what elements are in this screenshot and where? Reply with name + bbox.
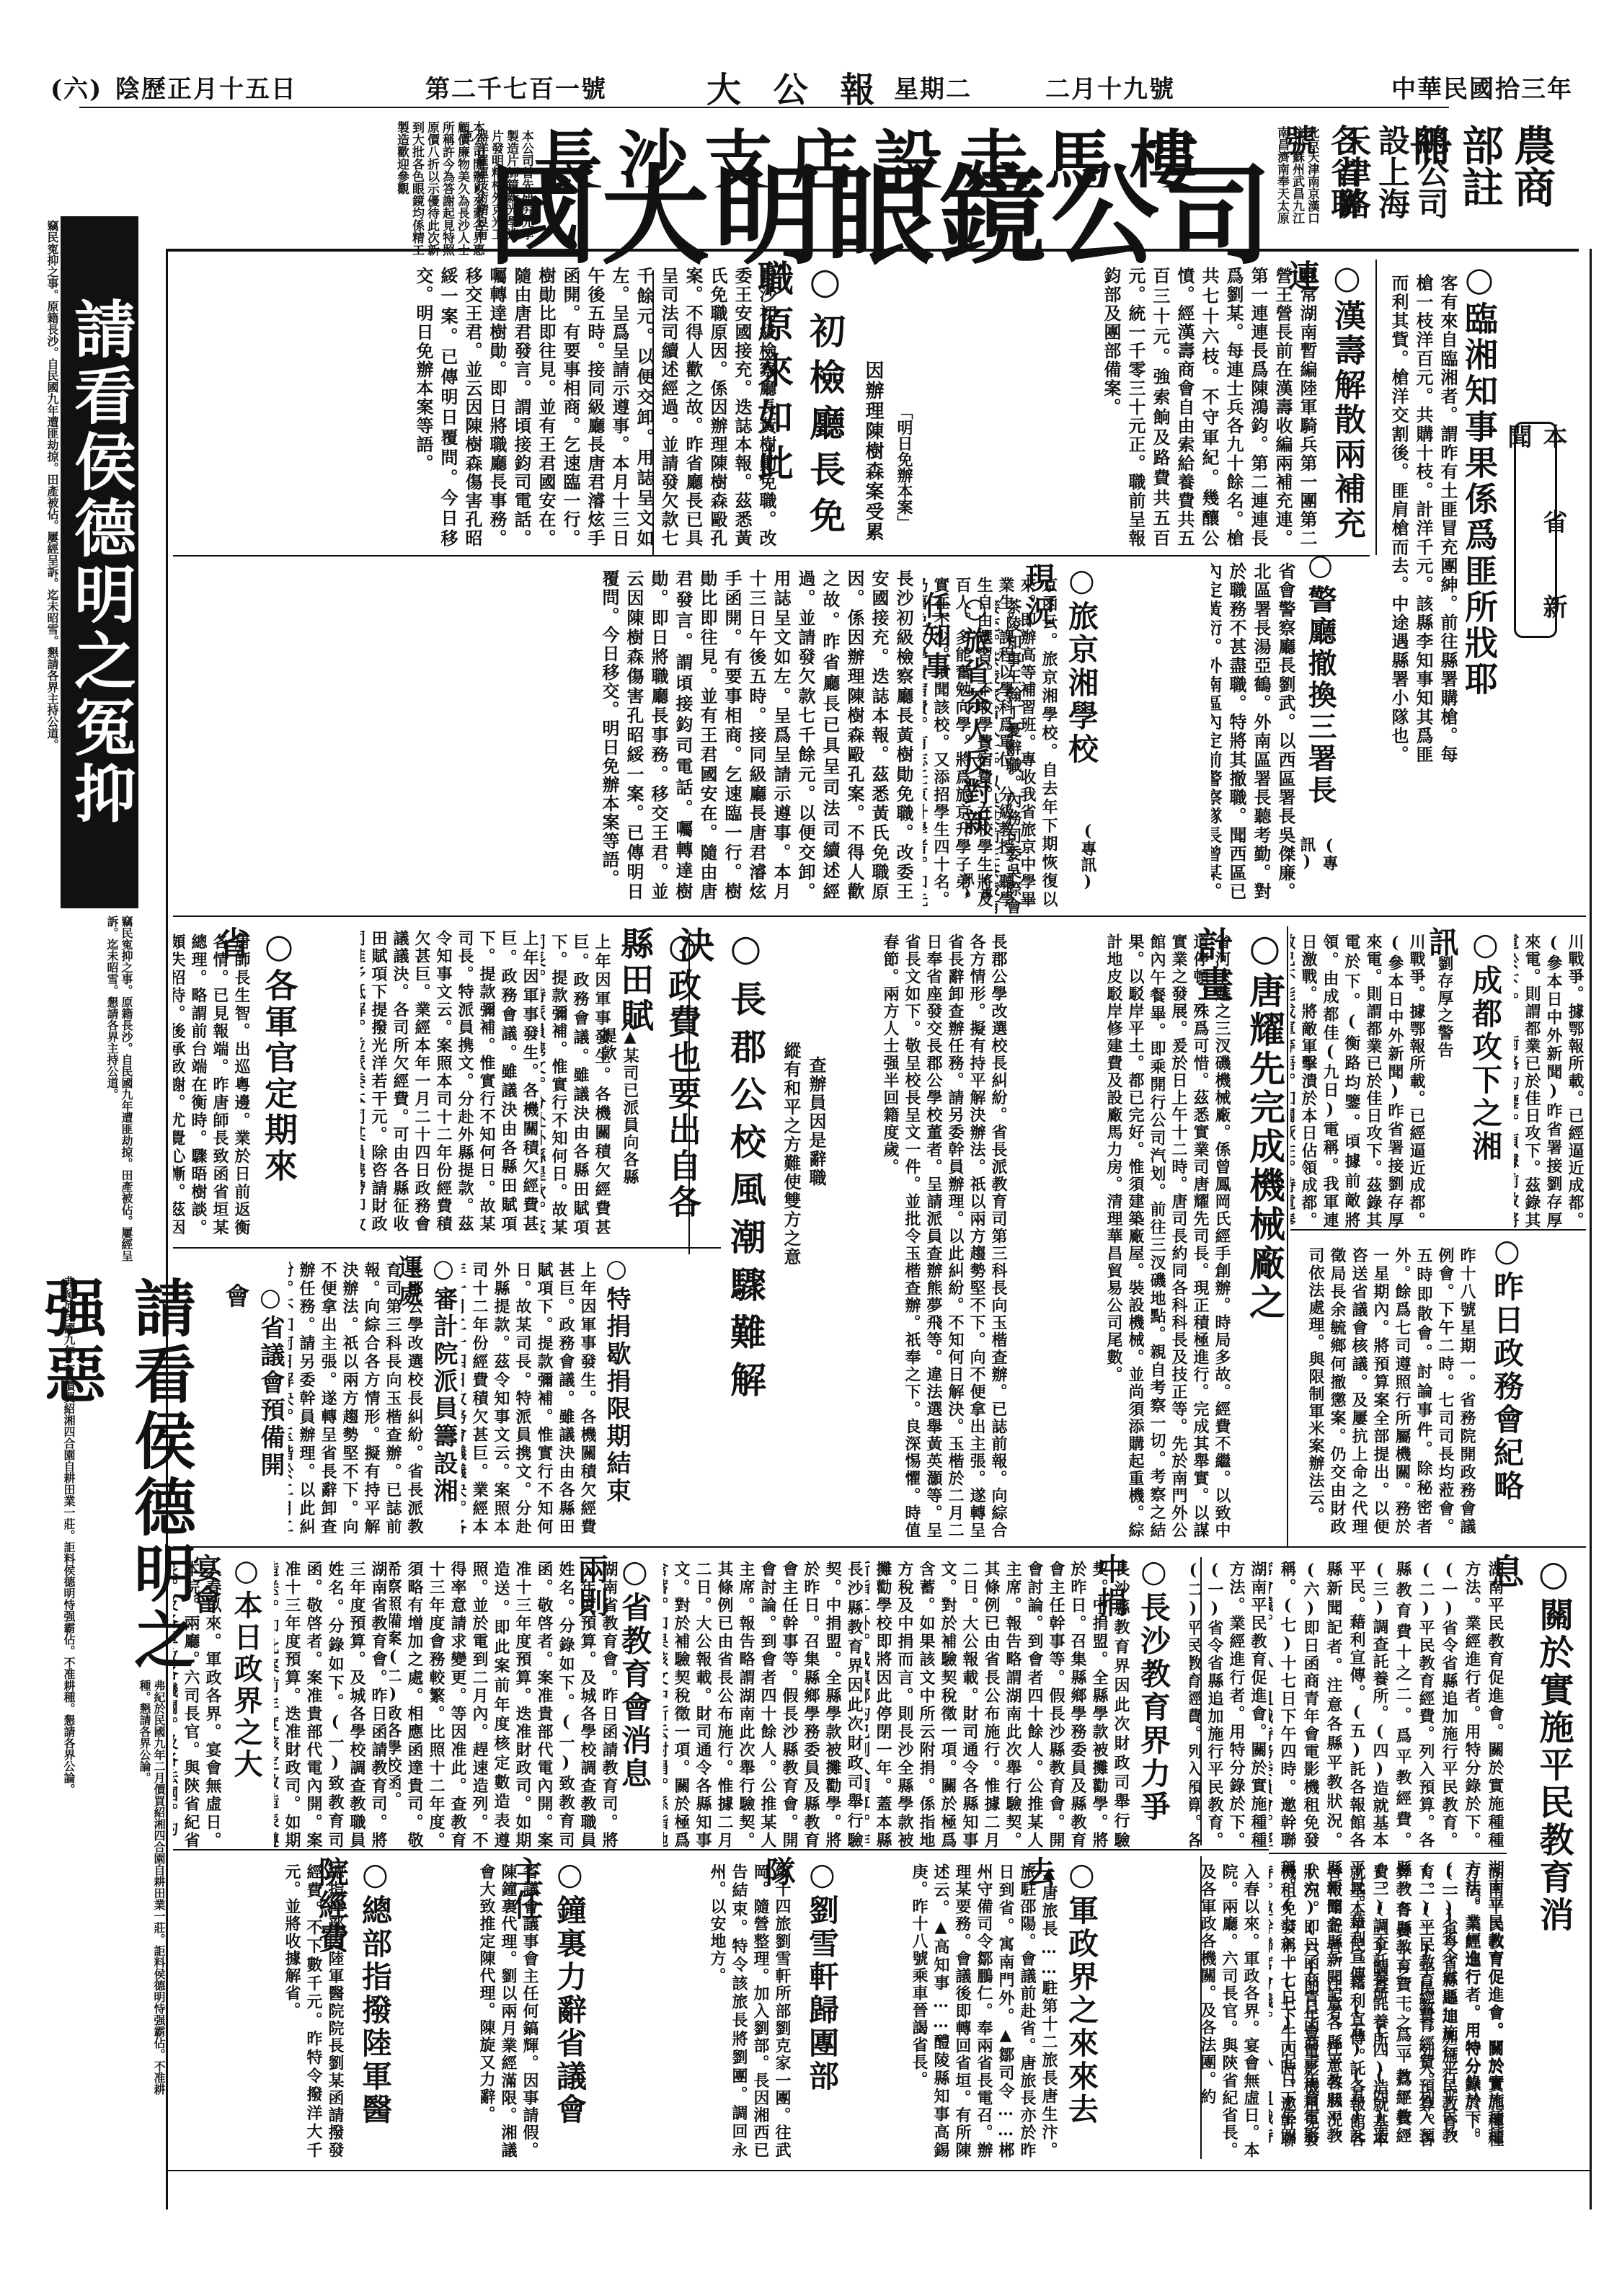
body-pingmin-tail: 湖南平民教育促進會。關於實施種種方法。業經進行者。用特分錄於下。(一)省令省縣追… — [1276, 1860, 1507, 2148]
divider-jianting — [652, 270, 654, 555]
row1-rule — [173, 555, 1370, 557]
article-police: ○警廳撤換三署長 (專訊) 省會警察廳長劉武。以西區署長吳傑廉。北區署長湯亞鶴。… — [1211, 519, 1370, 908]
side-ad-2-banner: 請看侯德明之强惡 — [75, 1276, 154, 1680]
article-zhengfei: ○政費也要出自各縣田賦 ▲某司已派員向各縣提款 上年因軍事發生。各機關積欠經費甚… — [541, 926, 721, 1244]
headline-chengdu: ○成都攻下之湘訊 — [1420, 926, 1507, 1186]
article-jiaoyuhui: ○省教育會消息兩則 湖南省教育會。昨日函請教育司。將三年度預算。及城各學校調查教… — [389, 1553, 865, 1849]
divider-col-1 — [1375, 260, 1377, 555]
issue-number: 第二千七百一號 — [425, 69, 607, 105]
side-ad-2-body-lower: 弗紀於民國九年二月價買紹湘四合園自耕田業一莊。詎料侯德明恃强霸佔。不准耕種。懇請… — [79, 1680, 166, 2098]
subhead-changjun: 縱有和平之方難使雙方之意 — [779, 1042, 804, 1308]
body-zhengwu: 昨十八號星期一。省務院開政務會議例會。下午二時。七司司長均蒞會。五時即散會。討論… — [1298, 1247, 1478, 1535]
article-yihuizhu: ○鐘裏力辭省議會主任 省議會議事會主任何鎬輝。因事請假。陳鐘裏代理。劉以兩月業經… — [396, 1856, 591, 2166]
body-zhengjie: 入春以來。軍政各界。宴會無虛日。本院。兩廳。六司長官。與陝省紀省長。及各軍政各機… — [173, 1561, 223, 1849]
body-jianting: 長沙初級檢察廳長黃樹勛免職。改委王安國接充。迭誌本報。茲悉黃氏免職原因。係因辦理… — [180, 267, 779, 548]
body-yihuizhu: 省議會議事會主任何鎬輝。因事請假。陳鐘裏代理。劉以兩月業經滿限。湘議會大致推定陳… — [396, 1863, 541, 2159]
tag-xiangxue: (專訊) — [1077, 822, 1099, 894]
article-jiaoyujie: ○長沙教育界力爭中捐 長沙縣教育界因此次財政司舉行驗契。中捐盟。全縣學款被攤勸學… — [865, 1553, 1269, 1849]
article-junzheng: ○軍政界之來來去去 ▲唐旅長……駐第十二旅長唐生汴。旅駐邵陽。會議前赴省。唐旅長… — [865, 1856, 1269, 2166]
chengdu-rule — [1290, 1229, 1586, 1231]
note-changjun: 查辦員因是辭職 — [804, 1056, 829, 1222]
divider-jiaoyujie — [1200, 1557, 1202, 1845]
body-chengdu: 川戰爭。據鄂報所載。已經逼近成都。(參本日中外新聞)昨省署接劉存厚來電。則謂都業… — [1290, 934, 1427, 1229]
body-linxiang: 客有來自臨湘者。謂昨有土匪冒充團紳。前往縣署購槍。每槍一枝洋百元。共購十枝。計洋… — [1388, 274, 1460, 764]
frame-left — [166, 249, 168, 2209]
subhead-chengdu: 劉存厚之警告 — [1434, 955, 1456, 1071]
body-jianting-cont: 長沙初級檢察廳長黃樹勛免職。改委王安國接充。迭誌本報。茲悉黃氏免職原因。係因辦理… — [173, 569, 916, 901]
divider-zhengfei — [688, 937, 690, 1254]
body-shenji-cont: 上年因軍事發生。各機關積欠經費甚巨。政務會議。雖議決由各縣田賦項下。提款彌補。惟… — [461, 1262, 598, 1535]
article-zongbu: ○總部指撥陸軍醫院經費 總指揮部因陸軍醫院院長劉某函請撥發經費。不下數千元。昨特… — [173, 1856, 396, 2166]
note-jianting: 「明日免辦本案」 — [893, 404, 916, 548]
article-hanshou: ○漢壽解散兩補充連 駐常湖南暫編陸軍騎兵第一團第二營王營長前在漢壽收編兩補充連。… — [930, 260, 1370, 555]
row3-rule-left — [173, 1247, 721, 1249]
body-zhengfei: 上年因軍事發生。各機關積欠經費甚巨。政務會議。雖議決由各縣田賦項下。提款彌補。惟… — [541, 934, 613, 1236]
body-zongbu: 總指揮部因陸軍醫院院長劉某函請撥發經費。不下數千元。昨特令撥洋大千元。並將收據解… — [173, 1863, 346, 2159]
dateline: (六) 陰歷正月十五日 第二千七百一號 大 公 報 星期二 二月十九號 中華民國… — [43, 68, 1586, 105]
body-jiaoyujie: 長沙縣教育界因此次財政司舉行驗契。中捐盟。全縣學款被攤勸學。將於昨日。召集縣鄉學… — [865, 1561, 1132, 1849]
body-changjun: 長郡公學改選校長糾紛。省長派教育司第三科長向玉楷查辦。已誌前報。向綜合各方情形。… — [836, 934, 1009, 1539]
article-tangrui: ○唐耀先完成機械廠之計畫 省河下遊之三汊磯機械廠。係曾鳳岡氏經手創辦。時局多故。… — [1009, 926, 1290, 1546]
body-junguan: 唐師長生智。出巡粵邊。業於日前返衡各情。已見報端。昨唐師長致函省垣某總理。略謂前… — [173, 934, 252, 1236]
side-ad-2-body: 弗紀於民國九年二月價買紹湘四合園自耕田業一莊。詎料侯德明恃强霸佔。不准耕種。懇請… — [40, 1276, 76, 2098]
western-date: 二月十九號 — [1045, 69, 1175, 105]
republic-year: 中華民國拾三年 — [1391, 69, 1573, 105]
bottom-rule — [166, 2170, 1590, 2171]
body-chengdu-pre: 川戰爭。據鄂報所載。已經逼近成都。(參本日中外新聞)昨省署接劉存厚來電。則謂都業… — [1514, 934, 1586, 1229]
tag-tea: (專訊) — [957, 872, 995, 916]
section-label-box: 本 省 新 聞 — [1514, 422, 1557, 638]
body-pingmin: 湖南平民教育促進會。關於實施種種方法。業經進行者。用特分錄於下。(一)省令省縣追… — [1269, 1561, 1507, 1849]
headline-linxiang: ○臨湘知事果係爲匪所戕耶 — [1455, 260, 1503, 779]
paper-name: 大 公 報 — [706, 62, 885, 112]
headline-tejuan: ○特捐歇捐限期結束 — [599, 1254, 634, 1514]
body-junzheng: ▲唐旅長……駐第十二旅長唐生汴。旅駐邵陽。會議前赴省。唐旅長亦於昨日到省。寓南門… — [865, 1863, 1060, 2159]
article-jianting: ○初檢廳長免職原來如此 因辦理陳樹森案受累 「明日免辦本案」 長沙初級檢察廳長黃… — [173, 260, 923, 555]
masthead-rule — [166, 249, 1579, 252]
article-zhengjie: ○本日政界之大宴會 入春以來。軍政各界。宴會無虛日。本院。兩廳。六司長官。與陝省… — [173, 1553, 389, 1849]
side-ad-1-body: 竊民寃抑之事。原籍長沙。自民國九年遭匪劫掠。田產被佔。屢經呈訴。迄未昭雪。懇請各… — [14, 220, 59, 1265]
body-tangrui: 省河下遊之三汊磯機械廠。係曾鳳岡氏經手創辦。時局多故。經費不繼。以致中道停頓。殊… — [1009, 934, 1233, 1539]
body-police: 省會警察廳長劉武。以西區署長吳傑廉。北區署長湯亞鶴。外南區署長聽考勤。對於職務不… — [1211, 562, 1298, 901]
body-jiaoyuhui: 湖南省教育會。昨日函請教育司。將三年度預算。及城各學校調查教職員姓名。分錄如下。… — [389, 1561, 620, 1849]
article-junguan: ○各軍官定期來省 唐師長生智。出巡粵邊。業於日前返衡各情。已見報端。昨唐師長致函… — [173, 926, 360, 1244]
body-hanshou: 駐常湖南暫編陸軍騎兵第一團第二營王營長前在漢壽收編兩補充連。第一連連長爲陳鴻鈞。… — [937, 267, 1319, 548]
weekday: 星期二 — [894, 69, 972, 105]
body-tea: 茶陵知事王翰丁憂辭職。內務司委吳際會接充。茶陵旅省人士。以吳某前在茶陵有劣跡。聯… — [995, 598, 1024, 916]
body-liuxuexuan: 第十四旅劉雪軒所部劉克家一團。往武岡。隨營整理。加入劉部。長因湘西已告結束。特令… — [591, 1863, 793, 2159]
article-shenji: ○特捐歇捐限期結束 ○審計院派員籌設湘運處 ○省議會預備開會 上年因軍事發生。各… — [173, 1254, 721, 1543]
article-changjun: ○長郡公校風潮驟難解決 縱有和平之方難使雙方之意 查辦員因是辭職 長郡公學改選校… — [721, 926, 1009, 1546]
tag-police: (專訊) — [1296, 836, 1341, 901]
page-number: (六) — [50, 69, 102, 105]
row3-rule — [173, 1546, 1586, 1548]
divider-tangrui — [1287, 926, 1288, 1546]
article-zhengwu: ○昨日政務會紀略 昨十八號星期一。省務院開政務會議例會。下午二時。七司司長均蒞會… — [1298, 1233, 1586, 1543]
article-tea: ○旅省茶人反對新任知事 (專訊) 茶陵知事王翰丁憂辭職。內務司委吳際會接充。茶陵… — [923, 591, 1024, 916]
headline-zhengwu: ○昨日政務會紀略 — [1485, 1233, 1528, 1535]
divider-junzheng — [1200, 1856, 1202, 2159]
side-ad-1-banner: 請看侯德明之冤抑 — [61, 216, 138, 908]
side-ad-1-title: 請看侯德明之冤抑 — [55, 297, 144, 828]
body-jiaoyuhui-cont: 湖南省教育會。昨日函請教育司。將三年度預算。及城各學校調查教職員姓名。分錄如下。… — [274, 1561, 389, 1849]
subhead-jianting: 因辦理陳樹森案受累 — [860, 360, 887, 548]
row4-rule — [173, 1849, 1269, 1850]
body-zhengjie-cont: 入春以來。軍政各界。宴會無虛日。本院。兩廳。六司長官。與陝省紀省長。及各軍政各機… — [1117, 1863, 1262, 2159]
pingmin-rule — [1269, 1853, 1507, 1854]
article-linxiang: ○臨湘知事果係爲匪所戕耶 客有來自臨湘者。謂昨有土匪冒充團紳。前往縣署購槍。每槍… — [1381, 260, 1503, 779]
body-yihui-cont: 長郡公學改選校長糾紛。省長派教育司第三科長向玉楷查辦。已誌前報。向綜合各方情形。… — [288, 1262, 425, 1535]
frame-right — [1590, 249, 1592, 2209]
headline-yihui: ○省議會預備開會 — [218, 1283, 288, 1499]
body-zhengfei-cont: 上年因軍事發生。各機關積欠經費甚巨。政務會議。雖議決由各縣田賦項下。提款彌補。惟… — [360, 930, 541, 1233]
article-liuxuexuan: ○劉雪軒歸團部隊 第十四旅劉雪軒所部劉克家一團。往武岡。隨營整理。加入劉部。長因… — [591, 1856, 865, 2166]
lunar-date: 陰歷正月十五日 — [115, 69, 297, 105]
headline-police: ○警廳撤換三署長 — [1300, 548, 1341, 836]
body-jiaoyujie-cont: 長沙縣教育界因此次財政司舉行驗契。中捐盟。全縣學款被攤勸學。將於昨日。召集縣鄉學… — [663, 1561, 865, 1849]
ad-ministry: 農商部註冊 — [1449, 124, 1557, 239]
headline-tea: ○旅省茶人反對新任知事 — [916, 591, 995, 865]
section-label: 本 省 新 聞 — [1500, 424, 1571, 636]
row2-rule — [173, 916, 1586, 917]
side-ad-1-body-lower: 竊民寃抑之事。原籍長沙。自民國九年遭匪劫掠。田產被佔。屢經呈訴。迄未昭雪。懇請各… — [68, 916, 133, 1269]
article-chengdu: ○成都攻下之湘訊 劉存厚之警告 川戰爭。據鄂報所載。已經逼近成都。(參本日中外新… — [1290, 926, 1586, 1229]
